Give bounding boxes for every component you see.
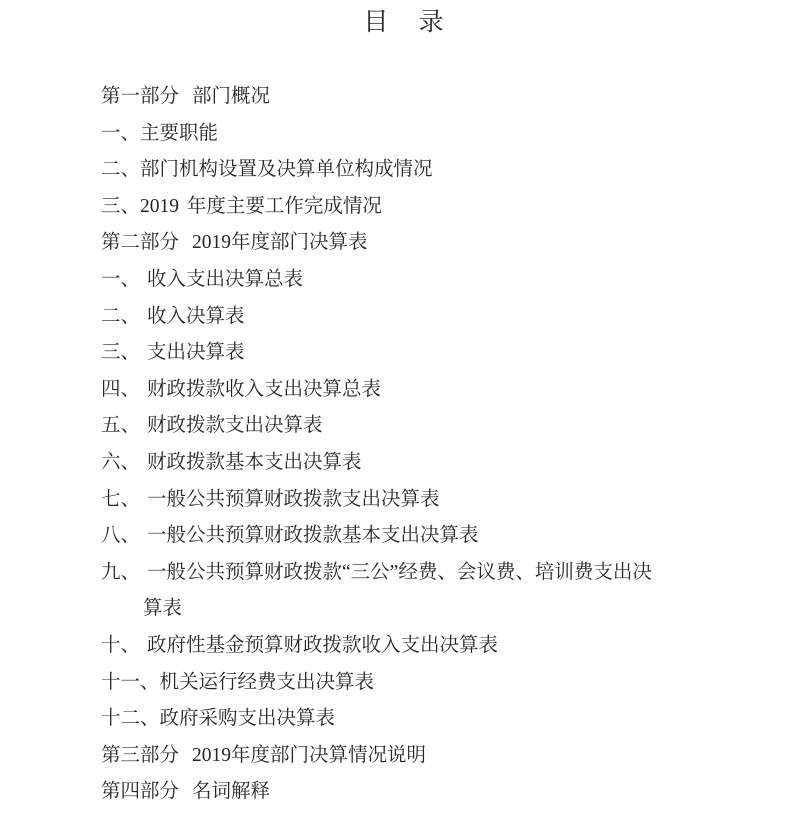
toc-entry-number: 第三部分: [101, 738, 179, 775]
toc-entry-number: 九、: [101, 555, 140, 592]
toc-entry-number: 十二、: [101, 701, 160, 738]
toc-entry-text: 2019年度部门决算表: [192, 232, 368, 253]
toc-entry-number: 二、: [101, 299, 140, 336]
toc-entry-text: 算表: [143, 598, 182, 619]
toc-entry-number: 五、: [101, 408, 140, 445]
toc-entry-number: 第一部分: [101, 79, 179, 116]
toc-entry-text: 财政拨款支出决算表: [147, 415, 323, 436]
toc-entry: 九、一般公共预算财政拨款“三公”经费、会议费、培训费支出决: [101, 555, 741, 592]
toc-entry-text: 部门概况: [192, 86, 270, 107]
toc-entry-number: 第二部分: [101, 225, 179, 262]
toc-entry-text: 收入决算表: [147, 306, 245, 327]
toc-entry-number: 八、: [101, 518, 140, 555]
toc-entry: 第二部分2019年度部门决算表: [101, 225, 741, 262]
toc-entry: 第三部分2019年度部门决算情况说明: [101, 738, 741, 775]
document-title: 目 录: [101, 6, 707, 40]
toc-entry-text: 一般公共预算财政拨款“三公”经费、会议费、培训费支出决: [147, 562, 652, 583]
toc-entry-text: 政府采购支出决算表: [160, 708, 336, 729]
toc-entry-text: 收入支出决算总表: [147, 269, 303, 290]
toc-entry-text: 部门机构设置及决算单位构成情况: [140, 159, 433, 180]
toc-entry-text: 名词解释: [192, 781, 270, 802]
toc-entry-number: 一、: [101, 262, 140, 299]
toc-entry: 第一部分部门概况: [101, 79, 741, 116]
toc-entry: 三、2019 年度主要工作完成情况: [101, 189, 741, 226]
toc-entry-number: 一、: [101, 116, 140, 153]
toc-entry: 第四部分名词解释: [101, 774, 741, 811]
toc-entry: 十一、机关运行经费支出决算表: [101, 665, 741, 702]
toc-entry-text: 支出决算表: [147, 342, 245, 363]
toc-entry: 五、财政拨款支出决算表: [101, 408, 741, 445]
toc-entry-number: 十一、: [101, 665, 160, 702]
toc-entry: 十二、政府采购支出决算表: [101, 701, 741, 738]
toc-entry-number: 三、: [101, 335, 140, 372]
toc-entry: 六、财政拨款基本支出决算表: [101, 445, 741, 482]
toc-entry: 一、主要职能: [101, 116, 741, 153]
toc-entry: 十、政府性基金预算财政拨款收入支出决算表: [101, 628, 741, 665]
toc-entry-text: 2019年度部门决算情况说明: [192, 745, 426, 766]
toc-entry-number: 六、: [101, 445, 140, 482]
toc-entry: 算表: [101, 591, 741, 628]
toc-list: 第一部分部门概况一、主要职能二、部门机构设置及决算单位构成情况三、2019 年度…: [101, 79, 741, 811]
toc-entry-text: 2019 年度主要工作完成情况: [140, 196, 382, 217]
toc-entry-number: 十、: [101, 628, 140, 665]
toc-entry-text: 财政拨款收入支出决算总表: [147, 379, 381, 400]
toc-entry-number: 四、: [101, 372, 140, 409]
toc-entry: 二、收入决算表: [101, 299, 741, 336]
toc-entry-number: 三、: [101, 189, 140, 226]
toc-entry: 三、支出决算表: [101, 335, 741, 372]
document-page: 目 录 第一部分部门概况一、主要职能二、部门机构设置及决算单位构成情况三、201…: [0, 0, 793, 822]
toc-entry-text: 主要职能: [140, 123, 218, 144]
toc-entry-text: 财政拨款基本支出决算表: [147, 452, 362, 473]
toc-entry-text: 机关运行经费支出决算表: [160, 672, 375, 693]
toc-entry-text: 政府性基金预算财政拨款收入支出决算表: [147, 635, 498, 656]
toc-entry: 四、财政拨款收入支出决算总表: [101, 372, 741, 409]
toc-entry-number: 二、: [101, 152, 140, 189]
toc-entry: 八、一般公共预算财政拨款基本支出决算表: [101, 518, 741, 555]
toc-entry-number: 第四部分: [101, 774, 179, 811]
toc-entry-number: 七、: [101, 482, 140, 519]
toc-entry-text: 一般公共预算财政拨款支出决算表: [147, 489, 440, 510]
toc-entry: 七、一般公共预算财政拨款支出决算表: [101, 482, 741, 519]
toc-entry: 一、收入支出决算总表: [101, 262, 741, 299]
toc-entry-text: 一般公共预算财政拨款基本支出决算表: [147, 525, 479, 546]
toc-entry: 二、部门机构设置及决算单位构成情况: [101, 152, 741, 189]
